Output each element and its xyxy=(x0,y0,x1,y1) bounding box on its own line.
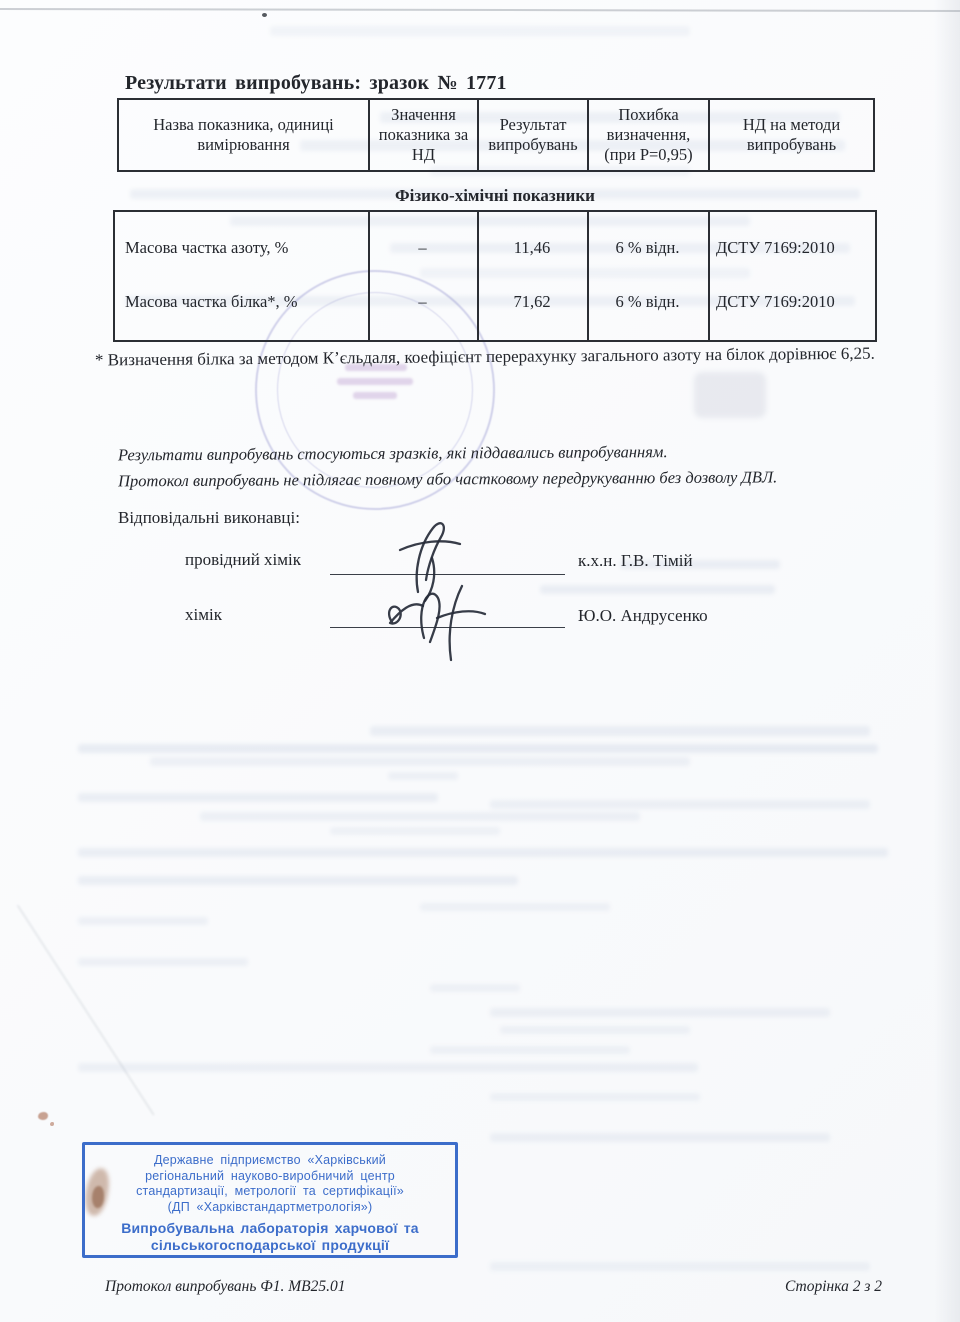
laboratory-stamp: Державне підприємство «Харківський регіо… xyxy=(82,1142,458,1258)
round-stamp-text-smudge xyxy=(337,378,413,385)
stamp-line: регіональний науково-виробничий центр xyxy=(85,1169,455,1185)
stamp-line: стандартизації, метрології та сертифікац… xyxy=(85,1184,455,1200)
note-line: Протокол випробувань не підлягає повному… xyxy=(118,463,908,493)
bleedthrough-line xyxy=(388,772,458,780)
col-header-method: НД на методи випробувань xyxy=(710,100,873,170)
bleedthrough-line xyxy=(430,1046,630,1054)
page-title: Результати випробувань: зразок № 1771 xyxy=(125,72,507,95)
col-header-nd-value: Значення показника за НД xyxy=(370,100,477,170)
disclaimer-notes: Результати випробувань стосуються зразкі… xyxy=(118,438,908,494)
cell-result: 71,62 xyxy=(477,292,587,312)
section-title: Фізико-хімічні показники xyxy=(113,186,877,206)
bleedthrough-line xyxy=(78,917,208,925)
col-header-name: Назва показника, одиниці вимірювання xyxy=(119,100,368,170)
bleedthrough-line xyxy=(78,1063,698,1072)
results-table-body: Масова частка азоту, % – 11,46 6 % відн.… xyxy=(113,210,877,342)
cell-method: ДСТУ 7169:2010 xyxy=(716,292,871,312)
bleedthrough-line xyxy=(540,585,775,594)
bleedthrough-line xyxy=(200,812,640,821)
table-row: Масова частка білка*, % – 71,62 6 % відн… xyxy=(115,292,875,322)
bleedthrough-line xyxy=(420,903,610,911)
bleedthrough-line xyxy=(500,1026,690,1034)
bleedthrough-line xyxy=(490,1093,700,1101)
cell-nd-value: – xyxy=(368,238,477,258)
stamp-line-bold: сільськогосподарської продукції xyxy=(85,1237,455,1254)
bleedthrough-line xyxy=(490,1262,870,1271)
scan-edge-line xyxy=(0,8,960,12)
cell-error: 6 % відн. xyxy=(587,292,708,312)
executor-role: хімік xyxy=(185,605,222,625)
bleedthrough-line xyxy=(370,726,870,736)
bleedthrough-line xyxy=(150,757,690,766)
bleedthrough-line xyxy=(490,1133,830,1142)
bleedthrough-line xyxy=(330,827,500,835)
round-stamp-text-smudge xyxy=(353,392,397,399)
footer-doc-code: Протокол випробувань Ф1. МВ25.01 xyxy=(105,1278,346,1296)
executor-name: Ю.О. Андрусенко xyxy=(578,606,708,626)
stamp-line-bold: Випробувальна лабораторія харчової та xyxy=(85,1220,455,1237)
cell-result: 11,46 xyxy=(477,238,587,258)
scanned-test-report-page: Результати випробувань: зразок № 1771 На… xyxy=(0,0,960,1322)
protein-footnote: * Визначення білка за методом К’єльдаля,… xyxy=(95,343,887,373)
cell-method: ДСТУ 7169:2010 xyxy=(716,238,871,258)
bleedthrough-line xyxy=(78,848,888,857)
stamp-line: Державне підприємство «Харківський xyxy=(85,1153,455,1169)
cell-name: Масова частка азоту, % xyxy=(125,238,360,258)
bleedthrough-line xyxy=(490,800,870,809)
bleedthrough-line xyxy=(78,793,438,802)
table-row: Масова частка азоту, % – 11,46 6 % відн.… xyxy=(115,238,875,268)
footer-page-number: Сторінка 2 з 2 xyxy=(785,1278,882,1296)
bleedthrough-line xyxy=(78,958,248,966)
stamp-line: (ДП «Харківстандартметрологія») xyxy=(85,1200,455,1216)
paper-crease xyxy=(17,905,154,1115)
bleedthrough-line xyxy=(270,26,690,36)
cell-nd-value: – xyxy=(368,292,477,312)
bleedthrough-line xyxy=(78,876,518,885)
bleedthrough-line xyxy=(490,1008,830,1017)
col-header-error: Похибка визначення, (при Р=0,95) xyxy=(589,100,708,170)
nd-logo-bleedthrough xyxy=(694,372,766,418)
ink-speck xyxy=(262,13,267,17)
executors-heading: Відповідальні виконавці: xyxy=(118,508,300,528)
results-table-header: Назва показника, одиниці вимірювання Зна… xyxy=(117,98,875,172)
bleedthrough-line xyxy=(78,744,878,753)
executor-role: провідний хімік xyxy=(185,550,301,570)
signature-ink xyxy=(382,578,492,662)
col-header-result: Результат випробувань xyxy=(479,100,587,170)
paper-stain xyxy=(38,1112,48,1120)
bleedthrough-line xyxy=(430,984,520,992)
cell-name: Масова частка білка*, % xyxy=(125,292,360,312)
cell-error: 6 % відн. xyxy=(587,238,708,258)
executor-name: к.х.н. Г.В. Тімій xyxy=(578,551,693,571)
paper-stain xyxy=(50,1122,54,1126)
